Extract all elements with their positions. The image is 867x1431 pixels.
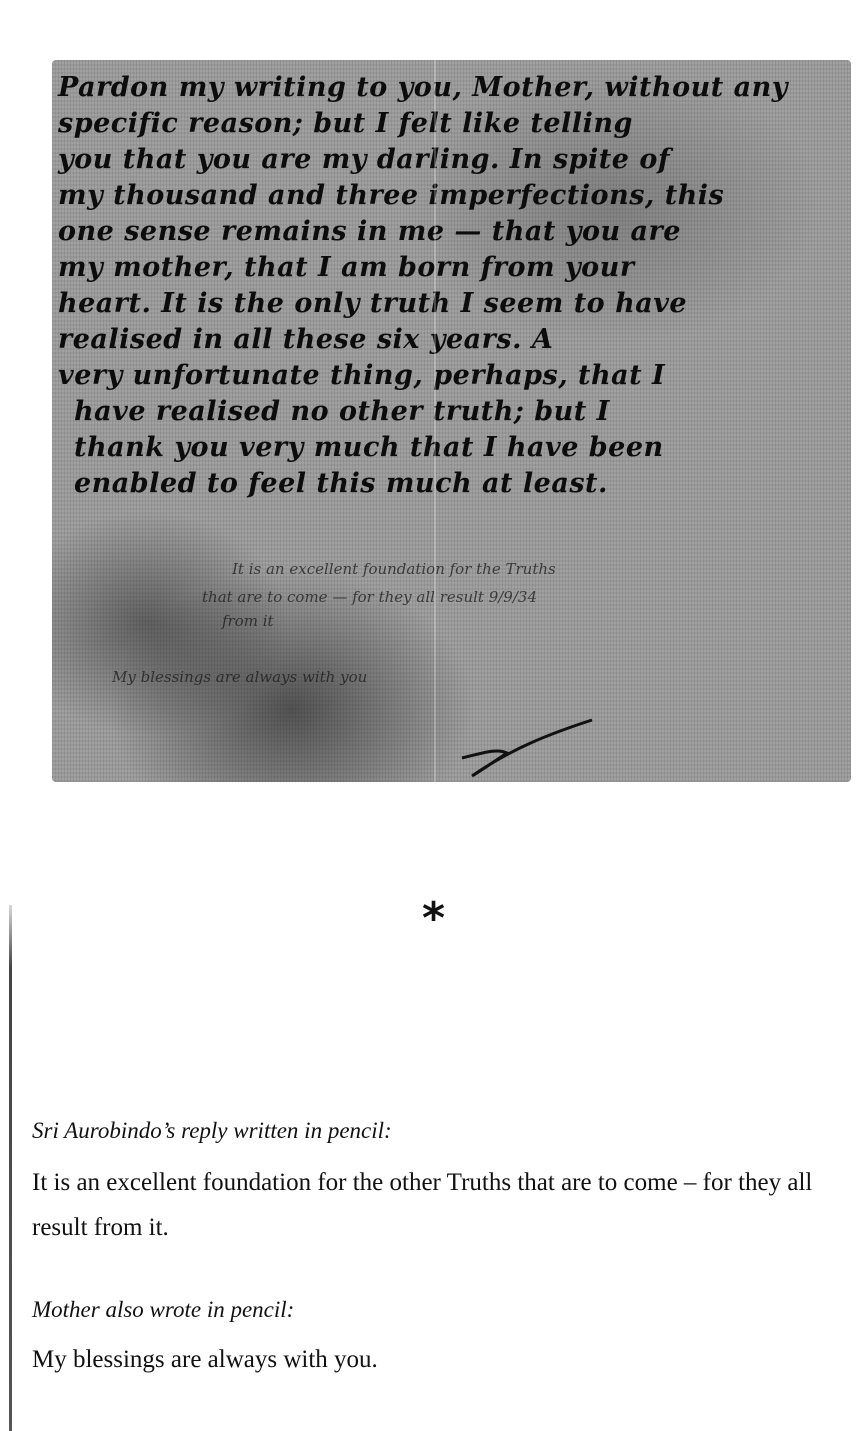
pencil-note-line: that are to come — for they all result 9…: [202, 588, 537, 606]
letter-line: realised in all these six years. A: [58, 324, 553, 355]
pencil-note-line: It is an excellent foundation for the Tr…: [232, 560, 556, 578]
reply-caption: Sri Aurobindo’s reply written in pencil:: [32, 1118, 392, 1144]
letter-line: very unfortunate thing, perhaps, that I: [58, 360, 665, 391]
letter-line: you that you are my darling. In spite of: [58, 144, 670, 175]
section-separator: *: [0, 893, 867, 944]
pencil-note-line: My blessings are always with you: [112, 668, 367, 686]
mother-caption: Mother also wrote in pencil:: [32, 1297, 294, 1323]
letter-line: enabled to feel this much at least.: [74, 468, 608, 499]
letter-line: one sense remains in me — that you are: [58, 216, 681, 247]
letter-line: Pardon my writing to you, Mother, withou…: [58, 72, 788, 103]
signature-icon: [452, 708, 602, 778]
letter-line: my thousand and three imperfections, thi…: [58, 180, 724, 211]
mother-text: My blessings are always with you.: [32, 1337, 852, 1382]
letter-line: thank you very much that I have been: [74, 432, 664, 463]
handwritten-letter-image: Pardon my writing to you, Mother, withou…: [52, 60, 851, 782]
letter-line: have realised no other truth; but I: [74, 396, 610, 427]
page-gutter-edge: [9, 905, 12, 1431]
letter-line: my mother, that I am born from your: [58, 252, 635, 283]
reply-text: It is an excellent foundation for the ot…: [32, 1160, 852, 1250]
pencil-note-line: from it: [222, 612, 274, 630]
letter-line: specific reason; but I felt like telling: [58, 108, 633, 139]
letter-line: heart. It is the only truth I seem to ha…: [58, 288, 687, 319]
